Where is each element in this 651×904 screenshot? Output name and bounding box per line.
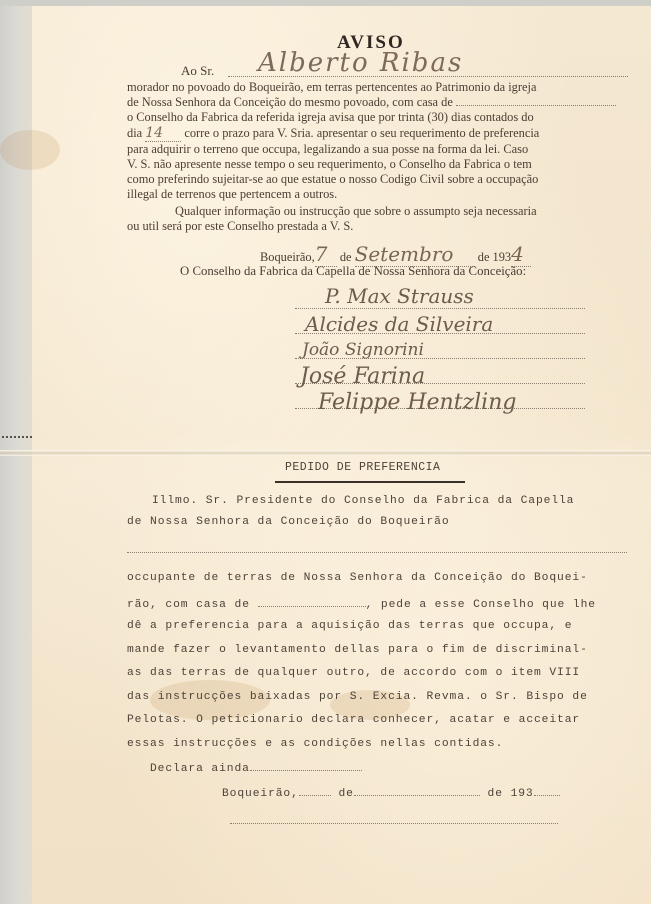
body-line: de Nossa Senhora da Conceição do mesmo p… (127, 95, 630, 110)
body-line: as das terras de qualquer outro, de acco… (127, 667, 580, 679)
title-underline (275, 481, 465, 483)
signature: João Signorini (302, 340, 424, 360)
body-line: para adquirir o terreno que occupa, lega… (127, 142, 630, 157)
perforation (2, 436, 32, 438)
casa-fill-line (258, 596, 366, 607)
signature: Alcides da Silveira (305, 312, 493, 336)
body-line: como preferindo sujeitar-se ao que estat… (127, 172, 630, 187)
body-line: das instrucções baixadas por S. Excia. R… (127, 691, 588, 703)
signature: P. Max Strauss (325, 284, 474, 308)
council-line: O Conselho da Fabrica da Capella de Noss… (180, 264, 526, 279)
body-line: dia 14 corre o prazo para V. Sria. apres… (127, 126, 630, 142)
signature: Felippe Hentzling (318, 390, 516, 415)
addressee-name: Alberto Ribas (258, 48, 463, 78)
signature-fill-line (230, 823, 558, 824)
body-line: illegal de terrenos que pertencem a outr… (127, 187, 630, 202)
pedido-title: PEDIDO DE PREFERENCIA (285, 461, 440, 474)
dia-value: 14 (145, 126, 181, 142)
stain (0, 130, 60, 170)
signature-line (295, 308, 585, 309)
body-line: dê a preferencia para a aquisição das te… (127, 620, 572, 632)
signature: José Farina (300, 364, 425, 389)
salutation-line: de Nossa Senhora da Conceição do Boqueir… (127, 516, 450, 528)
body-line: occupante de terras de Nossa Senhora da … (127, 572, 588, 584)
declara-line: Declara ainda (150, 760, 362, 775)
body-line: o Conselho da Fabrica da referida igreja… (127, 110, 630, 125)
body-line: mande fazer o levantamento dellas para o… (127, 644, 588, 656)
declara-fill-line (250, 760, 362, 771)
body-line: morador no povoado do Boqueirão, em terr… (127, 80, 630, 95)
body-line: essas instrucções e as condições nellas … (127, 738, 503, 750)
info-paragraph: Qualquer informação ou instrucção que so… (127, 204, 630, 234)
top-margin-strip (0, 0, 651, 6)
fold-crease (0, 450, 651, 456)
salutation-line: Illmo. Sr. Presidente do Conselho da Fab… (152, 495, 574, 507)
body-line: rão, com casa de , pede a esse Conselho … (127, 596, 596, 611)
body-line: Pelotas. O peticionario declara conhecer… (127, 714, 580, 726)
document-page: AVISO Ao Sr. Alberto Ribas morador no po… (0, 0, 651, 904)
aviso-body: morador no povoado do Boqueirão, em terr… (127, 80, 630, 203)
addressee-label: Ao Sr. (181, 63, 214, 79)
name-fill-line (127, 552, 627, 553)
pedido-date-line: Boqueirão, de de 193 (222, 785, 560, 800)
body-line: V. S. não apresente nesse tempo o seu re… (127, 157, 630, 172)
